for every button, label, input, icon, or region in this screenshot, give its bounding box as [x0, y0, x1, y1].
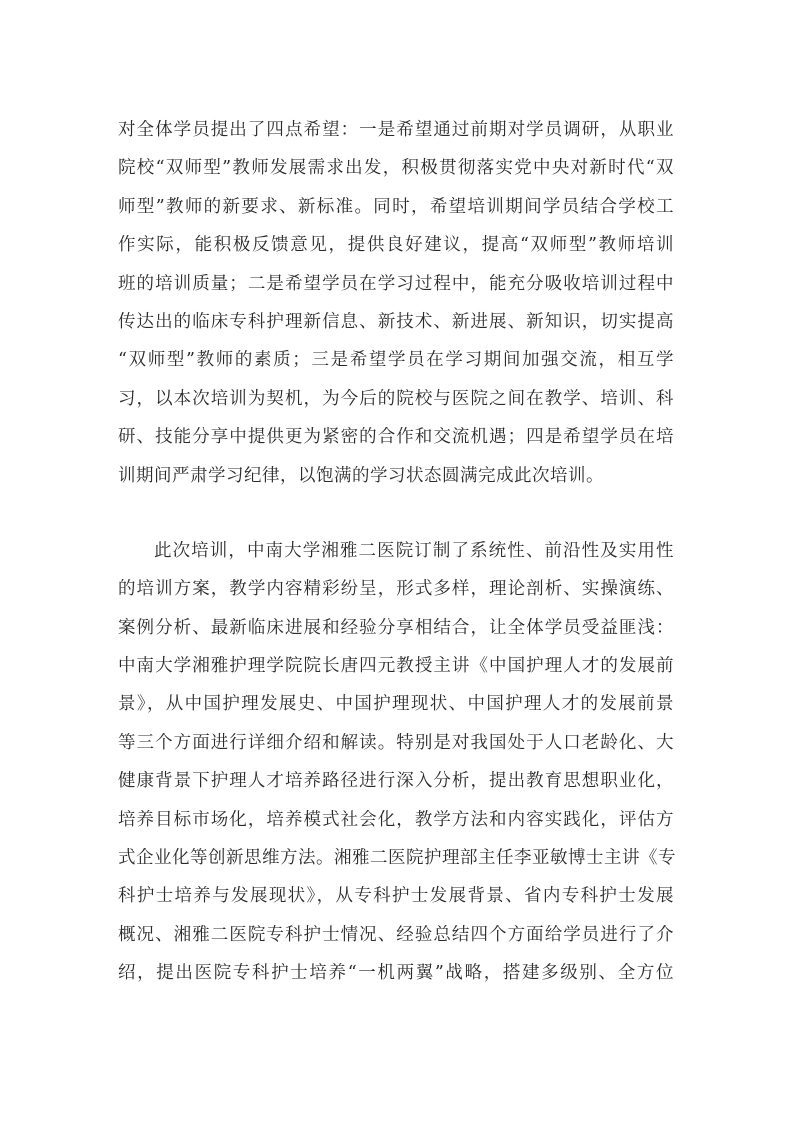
text-line: 此次培训，中南大学湘雅二医院订制了系统性、前沿性及实用性	[118, 532, 674, 570]
paragraph-expectations: 对全体学员提出了四点希望：一是希望通过前期对学员调研，从职业 院校“双师型”教师…	[118, 111, 674, 495]
paragraph-spacer	[118, 495, 674, 532]
text-line: 习，以本次培训为契机，为今后的院校与医院之间在教学、培训、科	[118, 380, 674, 418]
text-line: 的培训方案，教学内容精彩纷呈，形式多样，理论剖析、实操演练、	[118, 570, 674, 608]
text-line: 概况、湘雅二医院专科护士情况、经验总结四个方面给学员进行了介	[118, 916, 674, 954]
text-line: 绍，提出医院专科护士培养“一机两翼”战略，搭建多级别、全方位	[118, 954, 674, 992]
text-line: 式企业化等创新思维方法。湘雅二医院护理部主任李亚敏博士主讲《专	[118, 839, 674, 877]
text-line: 训期间严肃学习纪律，以饱满的学习状态圆满完成此次培训。	[118, 457, 674, 495]
text-line: 等三个方面进行详细介绍和解读。特别是对我国处于人口老龄化、大	[118, 724, 674, 762]
text-line: “双师型”教师的素质；三是希望学员在学习期间加强交流，相互学	[118, 341, 674, 379]
paragraph-training-content: 此次培训，中南大学湘雅二医院订制了系统性、前沿性及实用性 的培训方案，教学内容精…	[118, 532, 674, 993]
text-line: 景》，从中国护理发展史、中国护理现状、中国护理人才的发展前景	[118, 685, 674, 723]
text-line: 健康背景下护理人才培养路径进行深入分析，提出教育思想职业化，	[118, 762, 674, 800]
text-line: 案例分析、最新临床进展和经验分享相结合，让全体学员受益匪浅：	[118, 609, 674, 647]
text-line: 班的培训质量；二是希望学员在学习过程中，能充分吸收培训过程中	[118, 265, 674, 303]
text-line: 中南大学湘雅护理学院院长唐四元教授主讲《中国护理人才的发展前	[118, 647, 674, 685]
text-line: 师型”教师的新要求、新标准。同时，希望培训期间学员结合学校工	[118, 188, 674, 226]
text-line: 院校“双师型”教师发展需求出发，积极贯彻落实党中央对新时代“双	[118, 149, 674, 187]
text-line: 科护士培养与发展现状》，从专科护士发展背景、省内专科护士发展	[118, 877, 674, 915]
text-line: 对全体学员提出了四点希望：一是希望通过前期对学员调研，从职业	[118, 111, 674, 149]
text-line: 传达出的临床专科护理新信息、新技术、新进展、新知识，切实提高	[118, 303, 674, 341]
text-line: 作实际，能积极反馈意见，提供良好建议，提高“双师型”教师培训	[118, 226, 674, 264]
document-page: 对全体学员提出了四点希望：一是希望通过前期对学员调研，从职业 院校“双师型”教师…	[0, 0, 793, 1122]
text-line: 培养目标市场化，培养模式社会化，教学方法和内容实践化，评估方	[118, 801, 674, 839]
document-body: 对全体学员提出了四点希望：一是希望通过前期对学员调研，从职业 院校“双师型”教师…	[118, 111, 674, 993]
text-line: 研、技能分享中提供更为紧密的合作和交流机遇；四是希望学员在培	[118, 418, 674, 456]
